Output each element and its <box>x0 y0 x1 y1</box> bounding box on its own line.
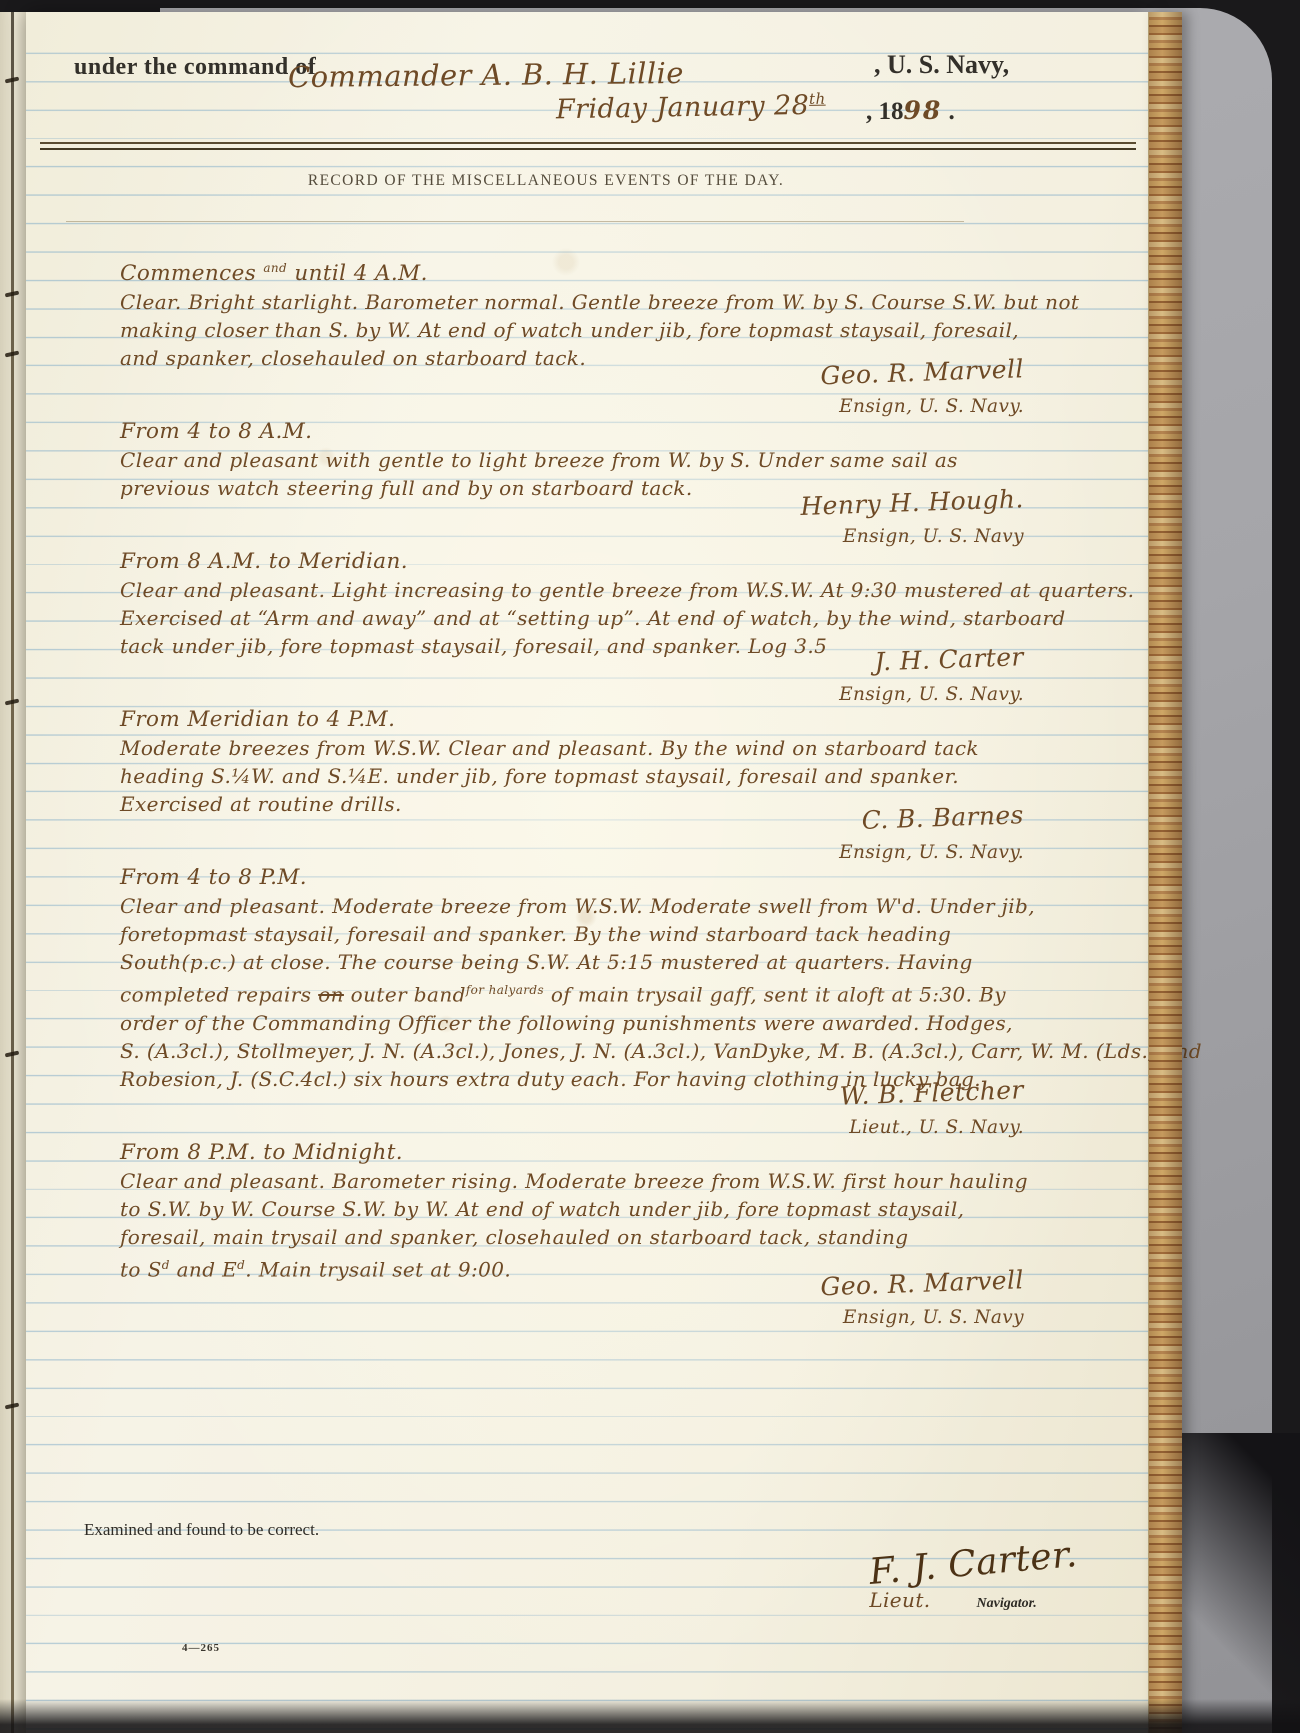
bottom-shadow <box>0 1699 1300 1733</box>
entry-line: order of the Commanding Officer the foll… <box>120 1009 1050 1037</box>
entry-line: Clear and pleasant. Light increasing to … <box>120 576 1050 604</box>
log-entry: From 8 P.M. to Midnight.Clear and pleasa… <box>120 1139 1050 1328</box>
log-entry: From 8 A.M. to Meridian.Clear and pleasa… <box>120 548 1050 704</box>
entry-line: completed repairs on outer bandfor halya… <box>120 976 1050 1009</box>
log-entry: From 4 to 8 A.M.Clear and pleasant with … <box>120 418 1050 546</box>
entry-line: South(p.c.) at close. The course being S… <box>120 948 1050 976</box>
navigator-signature-block: F. J. Carter. Lieut. Navigator. <box>869 1544 1078 1612</box>
entry-line: foretopmast staysail, foresail and spank… <box>120 920 1050 948</box>
log-entry: From Meridian to 4 P.M.Moderate breezes … <box>120 706 1050 862</box>
officer-signature-block: Geo. R. MarvellEnsign, U. S. Navy <box>120 1283 1050 1327</box>
form-number: 4—265 <box>182 1642 220 1654</box>
logbook-page: under the command of Commander A. B. H. … <box>26 12 1149 1733</box>
watch-heading: From Meridian to 4 P.M. <box>120 706 1050 734</box>
entry-line: Clear. Bright starlight. Barometer norma… <box>120 288 1050 316</box>
officer-signature-block: W. B. FletcherLieut., U. S. Navy. <box>120 1093 1050 1137</box>
date-handwritten: Friday January 28th <box>556 90 826 126</box>
log-entry: Commences and until 4 A.M.Clear. Bright … <box>120 254 1050 416</box>
entry-line: S. (A.3cl.), Stollmeyer, J. N. (A.3cl.),… <box>120 1037 1050 1065</box>
entry-line: Moderate breezes from W.S.W. Clear and p… <box>120 734 1050 762</box>
log-entry: From 4 to 8 P.M.Clear and pleasant. Mode… <box>120 864 1050 1137</box>
entry-line: to S.W. by W. Course S.W. by W. At end o… <box>120 1195 1050 1223</box>
date-ordinal: th <box>809 90 826 108</box>
entry-line: making closer than S. by W. At end of wa… <box>120 316 1050 344</box>
navigator-label: Navigator. <box>977 1596 1037 1612</box>
year-period: . <box>942 98 955 125</box>
commander-name-handwritten: Commander A. B. H. Lillie <box>288 56 684 94</box>
year-line: , 1898 . <box>866 96 955 126</box>
entry-line: heading S.¼W. and S.¼E. under jib, fore … <box>120 762 1050 790</box>
double-rule <box>40 142 1136 150</box>
watch-heading: Commences and until 4 A.M. <box>120 254 1050 288</box>
navy-label: , U. S. Navy, <box>874 50 1009 80</box>
officer-signature-block: Geo. R. MarvellEnsign, U. S. Navy. <box>120 372 1050 416</box>
entry-line: Clear and pleasant. Barometer rising. Mo… <box>120 1167 1050 1195</box>
watch-heading: From 8 P.M. to Midnight. <box>120 1139 1050 1167</box>
binding-gutter <box>11 12 14 1733</box>
record-title: RECORD OF THE MISCELLANEOUS EVENTS OF TH… <box>26 172 1066 190</box>
watch-heading: From 8 A.M. to Meridian. <box>120 548 1050 576</box>
page-block-fore-edge <box>1149 12 1182 1733</box>
officer-signature-block: J. H. CarterEnsign, U. S. Navy. <box>120 660 1050 704</box>
watch-heading: From 4 to 8 A.M. <box>120 418 1050 446</box>
entry-line: Clear and pleasant. Moderate breeze from… <box>120 892 1050 920</box>
year-handwritten: 98 <box>904 96 943 125</box>
navigator-signature: F. J. Carter. <box>868 1535 1079 1593</box>
command-label: under the command of <box>74 54 316 81</box>
photographed-logbook-page: { "page": { "header": { "command_label":… <box>0 0 1300 1733</box>
year-printed-prefix: , 18 <box>866 98 904 125</box>
faint-rule <box>66 221 964 222</box>
log-entries: Commences and until 4 A.M.Clear. Bright … <box>120 254 1050 1329</box>
examined-label: Examined and found to be correct. <box>84 1520 319 1540</box>
entry-line: foresail, main trysail and spanker, clos… <box>120 1223 1050 1251</box>
watch-heading: From 4 to 8 P.M. <box>120 864 1050 892</box>
date-text: Friday January 28 <box>556 90 810 125</box>
officer-signature-block: Henry H. Hough.Ensign, U. S. Navy <box>120 502 1050 546</box>
entry-line: Exercised at “Arm and away” and at “sett… <box>120 604 1050 632</box>
entry-line: Clear and pleasant with gentle to light … <box>120 446 1050 474</box>
officer-signature-block: C. B. BarnesEnsign, U. S. Navy. <box>120 818 1050 862</box>
